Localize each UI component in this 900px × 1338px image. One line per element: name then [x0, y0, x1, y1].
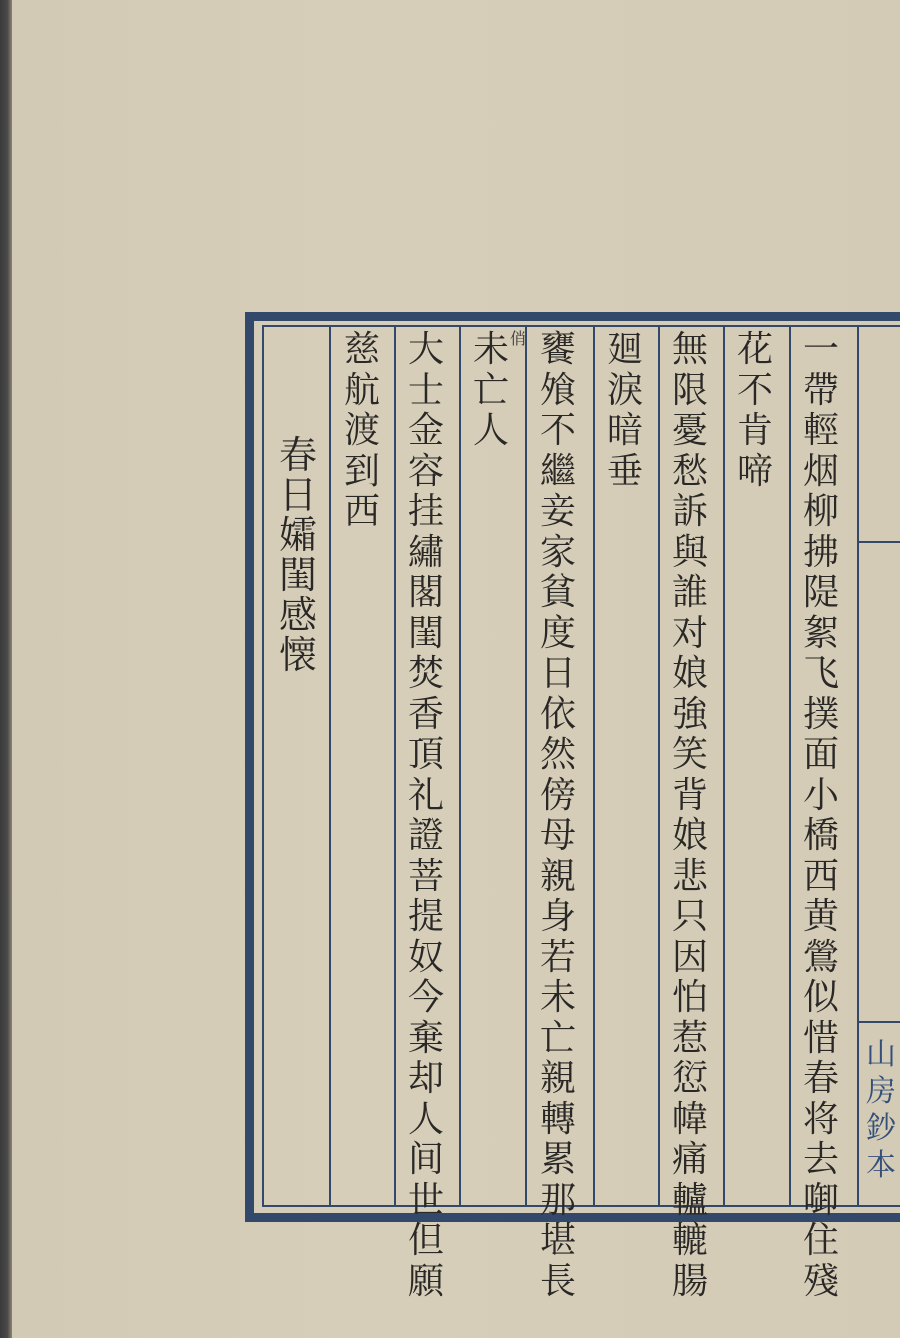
character: 妾	[538, 492, 578, 533]
character: 家	[538, 533, 578, 574]
character: 訴	[670, 492, 710, 533]
text-column-3: 無限憂愁訴與誰对娘強笑背娘悲只因怕惹愆幃痛轤轆腸	[662, 330, 718, 1302]
character: 撲	[801, 695, 841, 736]
character: 懐	[279, 635, 317, 675]
character: 傍	[538, 776, 578, 817]
character: 那	[538, 1181, 578, 1222]
character: 飞	[801, 654, 841, 695]
text-column-6: 未亡人	[463, 330, 519, 452]
character: 垂	[605, 452, 645, 493]
character: 愁	[670, 452, 710, 493]
column-divider	[394, 325, 396, 1207]
character: 奴	[406, 938, 446, 979]
character: 航	[342, 371, 382, 412]
character: 隄	[801, 573, 841, 614]
book-spine-edge	[0, 0, 12, 1338]
character: 亡	[538, 1019, 578, 1060]
column-divider	[459, 325, 461, 1207]
character: 殘	[801, 1262, 841, 1303]
character: 強	[670, 695, 710, 736]
character: 但	[406, 1221, 446, 1262]
character: 願	[406, 1262, 446, 1303]
character: 繼	[538, 452, 578, 493]
character: 母	[538, 816, 578, 857]
character: 依	[538, 695, 578, 736]
character: 一	[801, 330, 841, 371]
character: 閨	[406, 614, 446, 655]
character: 絮	[801, 614, 841, 655]
character: 春	[279, 435, 317, 475]
character: 鶯	[801, 938, 841, 979]
character: 孀	[279, 515, 317, 555]
character: 西	[342, 492, 382, 533]
character: 感	[279, 595, 317, 635]
column-divider	[658, 325, 660, 1207]
character: 西	[801, 857, 841, 898]
character: 将	[801, 1100, 841, 1141]
character: 無	[670, 330, 710, 371]
character: 大	[406, 330, 446, 371]
character: 鈔	[866, 1110, 896, 1147]
character: 然	[538, 735, 578, 776]
character: 帶	[801, 371, 841, 412]
character: 繡	[406, 533, 446, 574]
character: 悲	[670, 857, 710, 898]
character: 人	[406, 1100, 446, 1141]
character: 焚	[406, 654, 446, 695]
poem-title: 春日孀閨感懐	[270, 435, 326, 675]
character: 烟	[801, 452, 841, 493]
character: 貧	[538, 573, 578, 614]
character: 轆	[670, 1221, 710, 1262]
character: 惜	[801, 1019, 841, 1060]
character: 暗	[605, 411, 645, 452]
character: 怕	[670, 978, 710, 1019]
character: 对	[670, 614, 710, 655]
character: 到	[342, 452, 382, 493]
character: 閣	[406, 573, 446, 614]
character: 累	[538, 1140, 578, 1181]
character: 住	[801, 1221, 841, 1262]
character: 證	[406, 816, 446, 857]
character: 却	[406, 1059, 446, 1100]
character: 未	[538, 978, 578, 1019]
character: 不	[735, 371, 775, 412]
character: 菩	[406, 857, 446, 898]
character: 因	[670, 938, 710, 979]
character: 娘	[670, 654, 710, 695]
character: 渡	[342, 411, 382, 452]
text-column-1: 一帶輕烟柳拂隄絮飞撲面小橋西黄鶯似惜春将去啣住殘	[793, 330, 849, 1302]
character: 度	[538, 614, 578, 655]
character: 痛	[670, 1140, 710, 1181]
character: 惹	[670, 1019, 710, 1060]
character: 堪	[538, 1221, 578, 1262]
character: 柳	[801, 492, 841, 533]
character: 日	[279, 475, 317, 515]
margin-label-studio: 山房鈔本	[862, 1036, 900, 1184]
character: 淚	[605, 371, 645, 412]
character: 房	[866, 1073, 896, 1110]
character: 長	[538, 1262, 578, 1303]
column-divider	[593, 325, 595, 1207]
character: 小	[801, 776, 841, 817]
character: 春	[801, 1059, 841, 1100]
character: 啼	[735, 452, 775, 493]
character: 親	[538, 857, 578, 898]
character: 今	[406, 978, 446, 1019]
margin-divider	[857, 1021, 900, 1023]
character: 輕	[801, 411, 841, 452]
character: 橋	[801, 816, 841, 857]
character: 背	[670, 776, 710, 817]
character: 本	[866, 1147, 896, 1184]
character: 间	[406, 1140, 446, 1181]
character: 娘	[670, 816, 710, 857]
character: 肯	[735, 411, 775, 452]
character: 面	[801, 735, 841, 776]
character: 腸	[670, 1262, 710, 1303]
text-column-8: 慈航渡到西	[334, 330, 390, 533]
character: 花	[735, 330, 775, 371]
marginal-annotation: 俏	[510, 330, 526, 348]
character: 挂	[406, 492, 446, 533]
character: 饔	[538, 330, 578, 371]
character: 啣	[801, 1181, 841, 1222]
column-divider	[723, 325, 725, 1207]
character: 拂	[801, 533, 841, 574]
character: 棄	[406, 1019, 446, 1060]
character: 飧	[538, 371, 578, 412]
character: 未	[471, 330, 511, 371]
character: 身	[538, 897, 578, 938]
character: 山	[866, 1036, 896, 1073]
text-column-5: 饔飧不繼妾家貧度日依然傍母親身若未亡親轉累那堪長	[530, 330, 586, 1302]
column-divider	[329, 325, 331, 1207]
character: 去	[801, 1140, 841, 1181]
margin-box-upper	[857, 325, 900, 543]
character: 香	[406, 695, 446, 736]
text-column-7: 大士金容挂繡閣閨焚香頂礼證菩提奴今棄却人间世但願	[398, 330, 454, 1302]
character: 頂	[406, 735, 446, 776]
character: 愆	[670, 1059, 710, 1100]
column-divider	[525, 325, 527, 1207]
character: 轉	[538, 1100, 578, 1141]
text-column-2: 花不肯啼	[727, 330, 783, 492]
character: 幃	[670, 1100, 710, 1141]
character: 士	[406, 371, 446, 412]
text-column-4: 廻淚暗垂	[597, 330, 653, 492]
character: 日	[538, 654, 578, 695]
character: 慈	[342, 330, 382, 371]
character: 世	[406, 1181, 446, 1222]
character: 似	[801, 978, 841, 1019]
character: 提	[406, 897, 446, 938]
character: 親	[538, 1059, 578, 1100]
character: 廻	[605, 330, 645, 371]
character: 不	[538, 411, 578, 452]
character: 黄	[801, 897, 841, 938]
character: 人	[471, 411, 511, 452]
character: 憂	[670, 411, 710, 452]
character: 容	[406, 452, 446, 493]
character: 亡	[471, 371, 511, 412]
character: 礼	[406, 776, 446, 817]
character: 若	[538, 938, 578, 979]
margin-divider	[857, 1021, 859, 1207]
column-divider	[789, 325, 791, 1207]
character: 轤	[670, 1181, 710, 1222]
character: 只	[670, 897, 710, 938]
character: 與	[670, 533, 710, 574]
character: 笑	[670, 735, 710, 776]
character: 金	[406, 411, 446, 452]
margin-box-middle	[857, 543, 900, 1021]
character: 閨	[279, 555, 317, 595]
character: 限	[670, 371, 710, 412]
character: 誰	[670, 573, 710, 614]
